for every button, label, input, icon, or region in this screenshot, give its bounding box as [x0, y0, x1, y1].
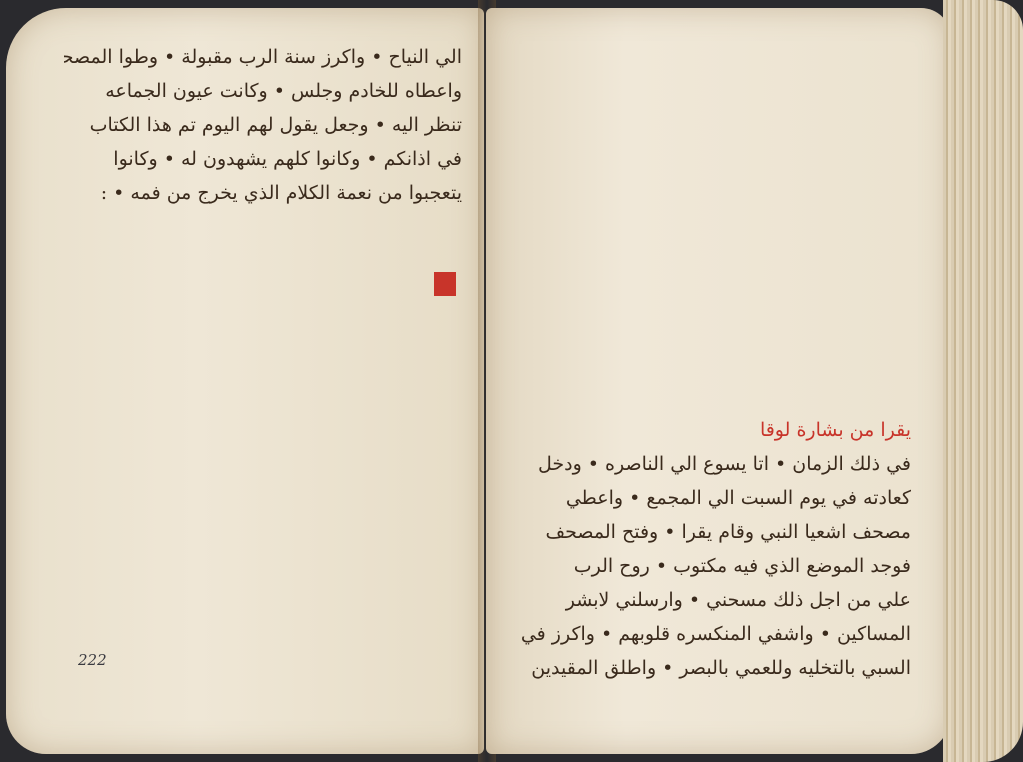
text-line: في اذانكم • وكانوا كلهم يشهدون له • وكان… — [64, 142, 462, 176]
text-line: فوجد الموضع الذي فيه مكتوب • روح الرب — [516, 549, 911, 583]
manuscript-photo: الي النياح • واكرز سنة الرب مقبولة • وطو… — [0, 0, 1023, 762]
text-line: تنظر اليه • وجعل يقول لهم اليوم تم هذا ا… — [64, 108, 462, 142]
right-page-text: يقرا من بشارة لوقا في ذلك الزمان • اتا ي… — [516, 413, 911, 685]
text-line: الي النياح • واكرز سنة الرب مقبولة • وطو… — [64, 40, 462, 74]
text-line: علي من اجل ذلك مسحني • وارسلني لابشر — [516, 583, 911, 617]
right-page: يقرا من بشارة لوقا في ذلك الزمان • اتا ي… — [486, 8, 951, 754]
red-initial — [434, 272, 456, 296]
text-line: يتعجبوا من نعمة الكلام الذي يخرج من فمه … — [64, 176, 462, 210]
text-line: كعادته في يوم السبت الي المجمع • واعطي — [516, 481, 911, 515]
text-line: السبي بالتخليه وللعمي بالبصر • واطلق الم… — [516, 651, 911, 685]
folio-number: 222 — [78, 651, 107, 669]
text-line: مصحف اشعيا النبي وقام يقرا • وفتح المصحف — [516, 515, 911, 549]
page-edges — [943, 0, 1023, 762]
text-line: المساكين • واشفي المنكسره قلوبهم • واكرز… — [516, 617, 911, 651]
text-line: واعطاه للخادم وجلس • وكانت عيون الجماعه — [64, 74, 462, 108]
text-line: في ذلك الزمان • اتا يسوع الي الناصره • و… — [516, 447, 911, 481]
left-page: الي النياح • واكرز سنة الرب مقبولة • وطو… — [6, 8, 484, 754]
left-page-text: الي النياح • واكرز سنة الرب مقبولة • وطو… — [64, 40, 462, 210]
rubric: يقرا من بشارة لوقا — [516, 413, 911, 447]
